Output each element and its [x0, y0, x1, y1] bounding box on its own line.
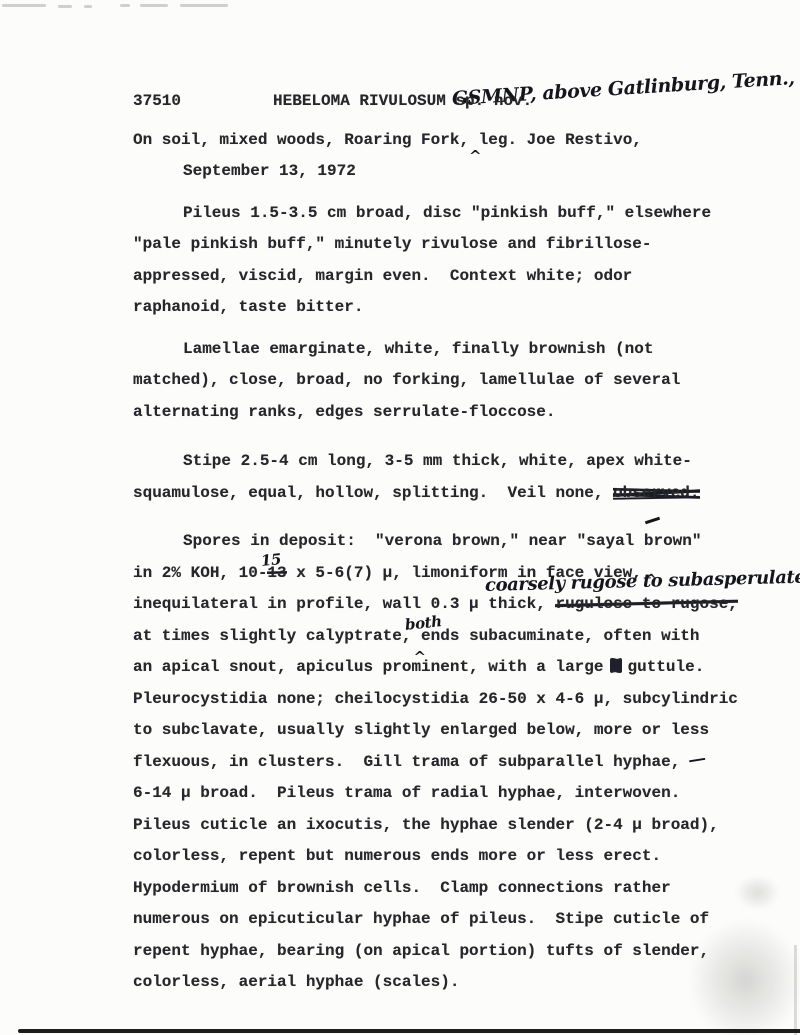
- collection-text-pre: On soil, mixed woods, Roaring Fork,: [133, 131, 469, 149]
- handwritten-insertion-both: both: [404, 606, 444, 641]
- typed-line: Stipe 2.5-4 cm long, 3-5 mm thick, white…: [133, 446, 783, 478]
- scan-smudge-large: [688, 918, 800, 1035]
- typed-line: squamulose, equal, hollow, splitting. Ve…: [133, 478, 783, 510]
- typed-segment: in 2% KOH, 10-: [133, 564, 267, 582]
- handwritten-correction-15: 15: [260, 544, 283, 577]
- typed-line: 6-14 µ broad. Pileus trama of radial hyp…: [133, 778, 783, 810]
- typed-line: Pileus cuticle an ixocutis, the hyphae s…: [133, 810, 783, 842]
- paragraph-stipe: Stipe 2.5-4 cm long, 3-5 mm thick, white…: [133, 446, 783, 509]
- scan-noise-dash: [84, 5, 92, 8]
- collection-text-post: leg. Joe Restivo,: [469, 131, 642, 149]
- typed-line: an apical snout, apiculus prominent, wit…: [133, 652, 783, 684]
- species-title: HEBELOMA RIVULOSUM sp. nov.: [273, 92, 532, 110]
- scan-noise-dash: [2, 4, 46, 7]
- scan-edge-line: [794, 945, 797, 1035]
- scanned-document-page: GSMNP, above Gatlinburg, Tenn., 37510HEB…: [0, 0, 800, 1035]
- typed-line: Lamellae emarginate, white, finally brow…: [133, 334, 783, 366]
- typed-text-block: 37510HEBELOMA RIVULOSUM sp. nov. On soil…: [133, 86, 783, 999]
- scan-noise-dash: [58, 5, 72, 8]
- typed-segment: guttule.: [627, 658, 704, 676]
- paragraph-pileus: Pileus 1.5-3.5 cm broad, disc "pinkish b…: [133, 198, 783, 324]
- header-line-1: 37510HEBELOMA RIVULOSUM sp. nov.: [133, 86, 783, 118]
- handwritten-tick-mark: [645, 517, 660, 524]
- typed-line: appressed, viscid, margin even. Context …: [133, 261, 783, 293]
- typed-segment: flexuous, in clusters. Gill trama of sub…: [133, 753, 680, 771]
- paragraph-spores: Spores in deposit: "verona brown," near …: [133, 526, 783, 999]
- scan-noise-dash: [180, 4, 228, 7]
- paragraph-lamellae: Lamellae emarginate, white, finally brow…: [133, 334, 783, 429]
- typed-line: flexuous, in clusters. Gill trama of sub…: [133, 747, 783, 779]
- typed-segment: ends subacuminate, often with: [411, 627, 699, 645]
- typed-line: at times slightly calyptrate,both^ ends …: [133, 621, 783, 653]
- typed-line: matched), close, broad, no forking, lame…: [133, 365, 783, 397]
- scan-noise-dash: [140, 4, 168, 7]
- typed-line: raphanoid, taste bitter.: [133, 292, 783, 324]
- typed-line: to subclavate, usually slightly enlarged…: [133, 715, 783, 747]
- typed-line: colorless, aerial hyphae (scales).: [133, 967, 783, 999]
- typed-segment: an apical snout, apiculus prominent, wit…: [133, 658, 603, 676]
- catalog-number: 37510: [133, 92, 181, 110]
- typed-line: inequilateral in profile, wall 0.3 µ thi…: [133, 589, 783, 621]
- handwritten-dash-mark: [689, 757, 705, 761]
- typed-line: Spores in deposit: "verona brown," near …: [133, 526, 783, 558]
- typed-line: colorless, repent but numerous ends more…: [133, 841, 783, 873]
- scribbled-out-word: observed.: [613, 484, 699, 502]
- typed-line: Pileus 1.5-3.5 cm broad, disc "pinkish b…: [133, 198, 783, 230]
- typed-line: alternating ranks, edges serrulate-flocc…: [133, 397, 783, 429]
- overstruck-character: [610, 658, 622, 673]
- scan-noise-dash: [120, 4, 130, 7]
- typed-line: numerous on epicuticular hyphae of pileu…: [133, 904, 783, 936]
- typed-line: repent hyphae, bearing (on apical portio…: [133, 936, 783, 968]
- typed-line: Pleurocystidia none; cheilocystidia 26-5…: [133, 684, 783, 716]
- typed-line: "pale pinkish buff," minutely rivulose a…: [133, 229, 783, 261]
- typed-segment: squamulose, equal, hollow, splitting. Ve…: [133, 484, 613, 502]
- typed-segment: at times slightly calyptrate,: [133, 627, 411, 645]
- date-line: September 13, 1972: [133, 156, 783, 188]
- typed-line: Hypodermium of brownish cells. Clamp con…: [133, 873, 783, 905]
- scan-smudge-small: [735, 875, 780, 910]
- collection-line: On soil, mixed woods, Roaring Fork, leg.…: [133, 125, 783, 157]
- scan-bottom-edge: [18, 1029, 800, 1033]
